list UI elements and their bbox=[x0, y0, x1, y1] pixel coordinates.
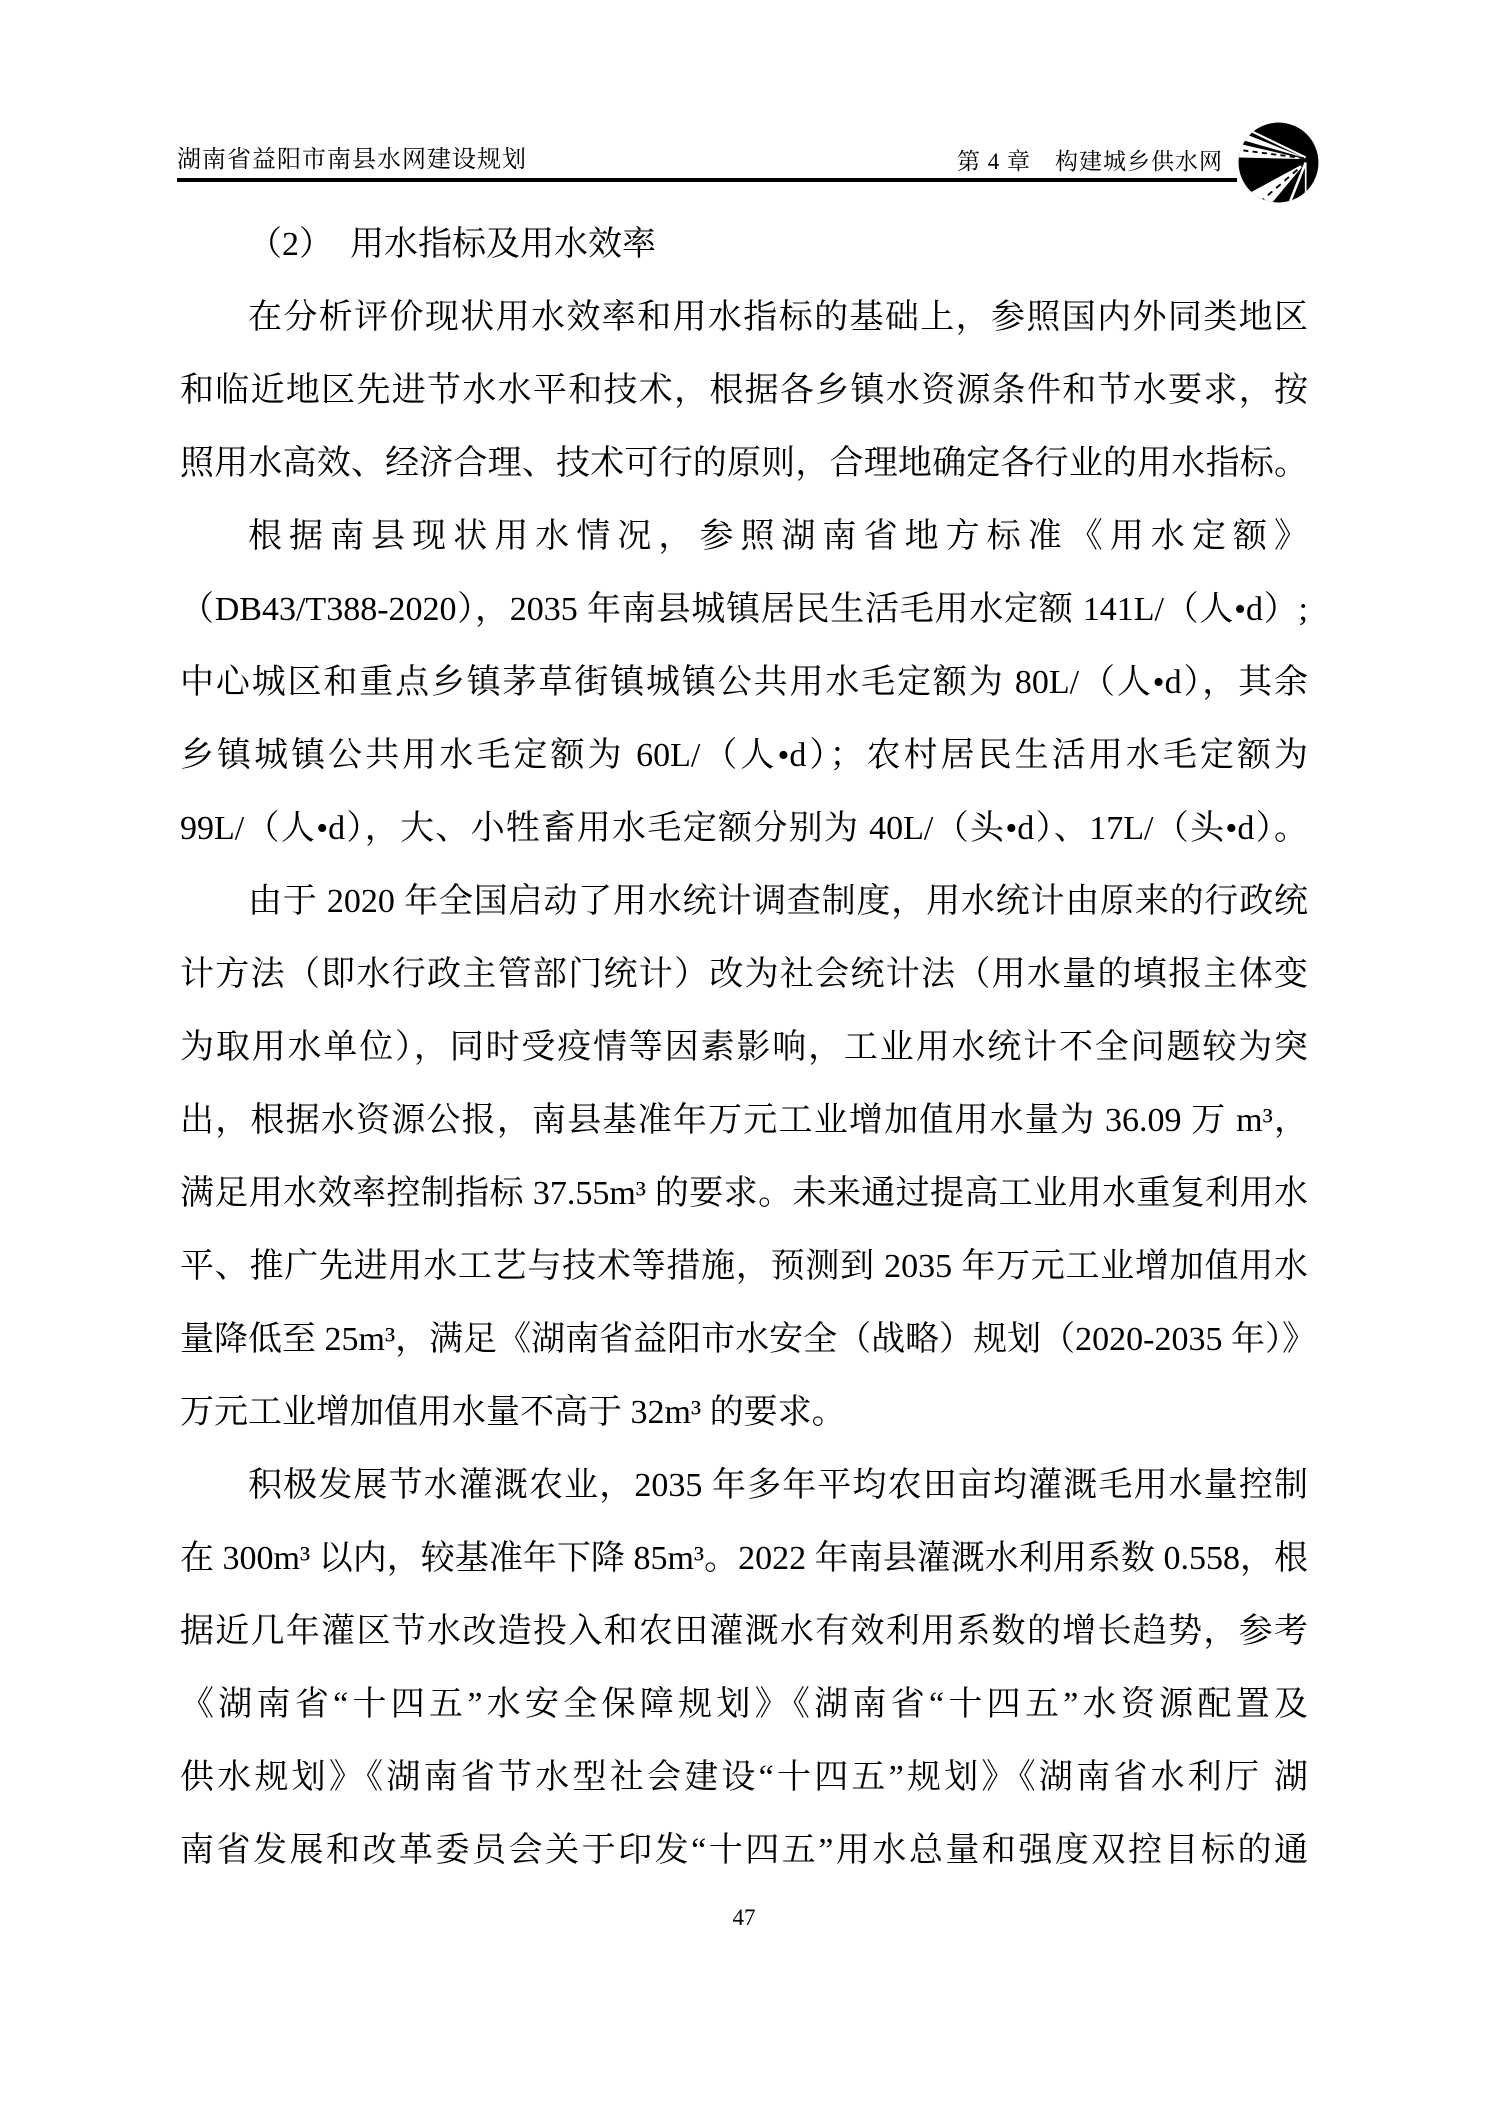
body-line: 《湖南省“十四五”水安全保障规划》《湖南省“十四五”水资源配置及 bbox=[180, 1668, 1308, 1741]
body-line: 由于 2020 年全国启动了用水统计调查制度，用水统计由原来的行政统 bbox=[180, 865, 1308, 938]
body-line: 据近几年灌区节水改造投入和农田灌溉水有效利用系数的增长趋势，参考 bbox=[180, 1595, 1308, 1668]
body-line: 照用水高效、经济合理、技术可行的原则，合理地确定各行业的用水指标。 bbox=[180, 427, 1308, 500]
body-line: 满足用水效率控制指标 37.55m³ 的要求。未来通过提高工业用水重复利用水 bbox=[180, 1157, 1308, 1230]
road-emblem-icon bbox=[1236, 120, 1321, 205]
body-line: 在分析评价现状用水效率和用水指标的基础上，参照国内外同类地区 bbox=[180, 281, 1308, 354]
body-line: 供水规划》《湖南省节水型社会建设“十四五”规划》《湖南省水利厅 湖 bbox=[180, 1741, 1308, 1814]
body-line: 量降低至 25m³，满足《湖南省益阳市水安全（战略）规划（2020-2035 年… bbox=[180, 1303, 1308, 1376]
body-line: 99L/（人•d），大、小牲畜用水毛定额分别为 40L/（头•d）、17L/（头… bbox=[180, 792, 1308, 865]
page-number: 47 bbox=[733, 1905, 756, 1930]
body-line: 积极发展节水灌溉农业，2035 年多年平均农田亩均灌溉毛用水量控制 bbox=[180, 1449, 1308, 1522]
header-left-title: 湖南省益阳市南县水网建设规划 bbox=[177, 146, 527, 174]
page-footer: 47 bbox=[0, 1905, 1488, 1931]
body-line: 和临近地区先进节水水平和技术，根据各乡镇水资源条件和节水要求，按 bbox=[180, 354, 1308, 427]
body-line: （DB43/T388-2020），2035 年南县城镇居民生活毛用水定额 141… bbox=[180, 573, 1308, 646]
header-chapter-title: 第 4 章 构建城乡供水网 bbox=[957, 148, 1223, 175]
document-body: （2） 用水指标及用水效率在分析评价现状用水效率和用水指标的基础上，参照国内外同… bbox=[180, 208, 1308, 1887]
document-page: 湖南省益阳市南县水网建设规划 第 4 章 构建城乡供水网 （2） 用水指标及用水… bbox=[0, 0, 1488, 2104]
body-line: 万元工业增加值用水量不高于 32m³ 的要求。 bbox=[180, 1376, 1308, 1449]
body-line: 乡镇城镇公共用水毛定额为 60L/（人•d）；农村居民生活用水毛定额为 bbox=[180, 719, 1308, 792]
body-line: 在 300m³ 以内，较基准年下降 85m³。2022 年南县灌溉水利用系数 0… bbox=[180, 1522, 1308, 1595]
body-line: 计方法（即水行政主管部门统计）改为社会统计法（用水量的填报主体变 bbox=[180, 938, 1308, 1011]
body-line: 南省发展和改革委员会关于印发“十四五”用水总量和强度双控目标的通 bbox=[180, 1814, 1308, 1887]
body-line: （2） 用水指标及用水效率 bbox=[180, 208, 1308, 281]
body-line: 出，根据水资源公报，南县基准年万元工业增加值用水量为 36.09 万 m³， bbox=[180, 1084, 1308, 1157]
body-line: 根据南县现状用水情况，参照湖南省地方标准《用水定额》 bbox=[180, 500, 1308, 573]
body-line: 中心城区和重点乡镇茅草街镇城镇公共用水毛定额为 80L/（人•d），其余 bbox=[180, 646, 1308, 719]
body-line: 为取用水单位），同时受疫情等因素影响，工业用水统计不全问题较为突 bbox=[180, 1011, 1308, 1084]
header-rule bbox=[177, 178, 1237, 182]
body-line: 平、推广先进用水工艺与技术等措施，预测到 2035 年万元工业增加值用水 bbox=[180, 1230, 1308, 1303]
